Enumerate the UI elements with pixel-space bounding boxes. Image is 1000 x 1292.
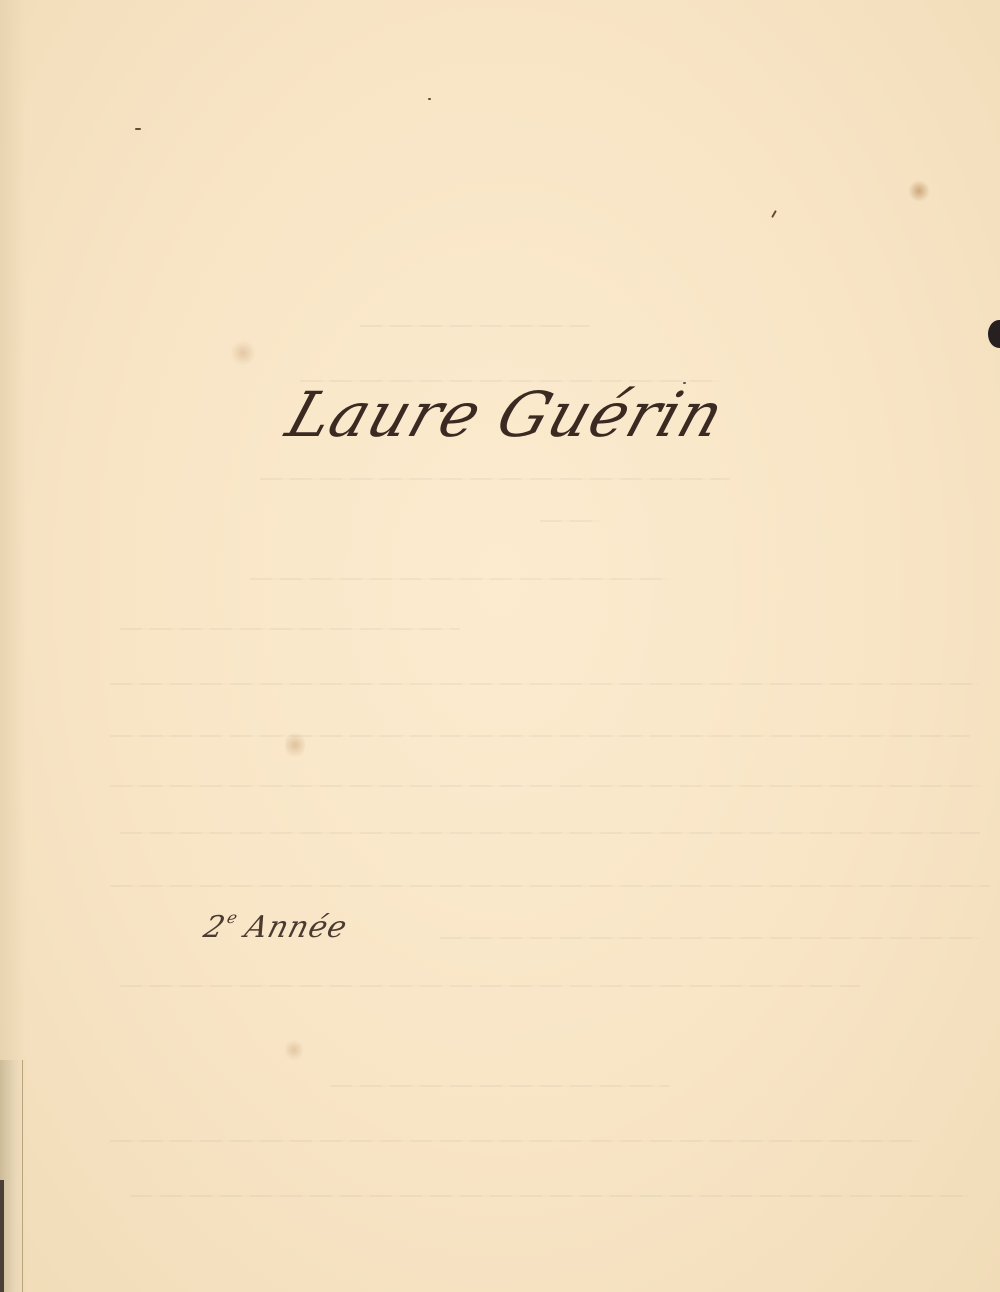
foxing-spot bbox=[285, 730, 305, 760]
page-edge-shadow bbox=[0, 1180, 4, 1292]
foxing-spot bbox=[285, 1038, 303, 1062]
foxing-spot bbox=[230, 340, 256, 366]
student-name: Laure Guérin bbox=[278, 378, 733, 451]
year-label: Année bbox=[241, 910, 351, 945]
foxing-spot bbox=[908, 180, 930, 202]
ink-speck bbox=[428, 98, 431, 100]
binding-notch bbox=[988, 320, 1000, 348]
year-number: 2 bbox=[200, 910, 229, 945]
manuscript-page: Laure Guérin 2e Année bbox=[0, 0, 1000, 1292]
ink-speck bbox=[771, 210, 777, 218]
school-year: 2e Année bbox=[200, 908, 352, 945]
ink-speck bbox=[135, 128, 141, 130]
